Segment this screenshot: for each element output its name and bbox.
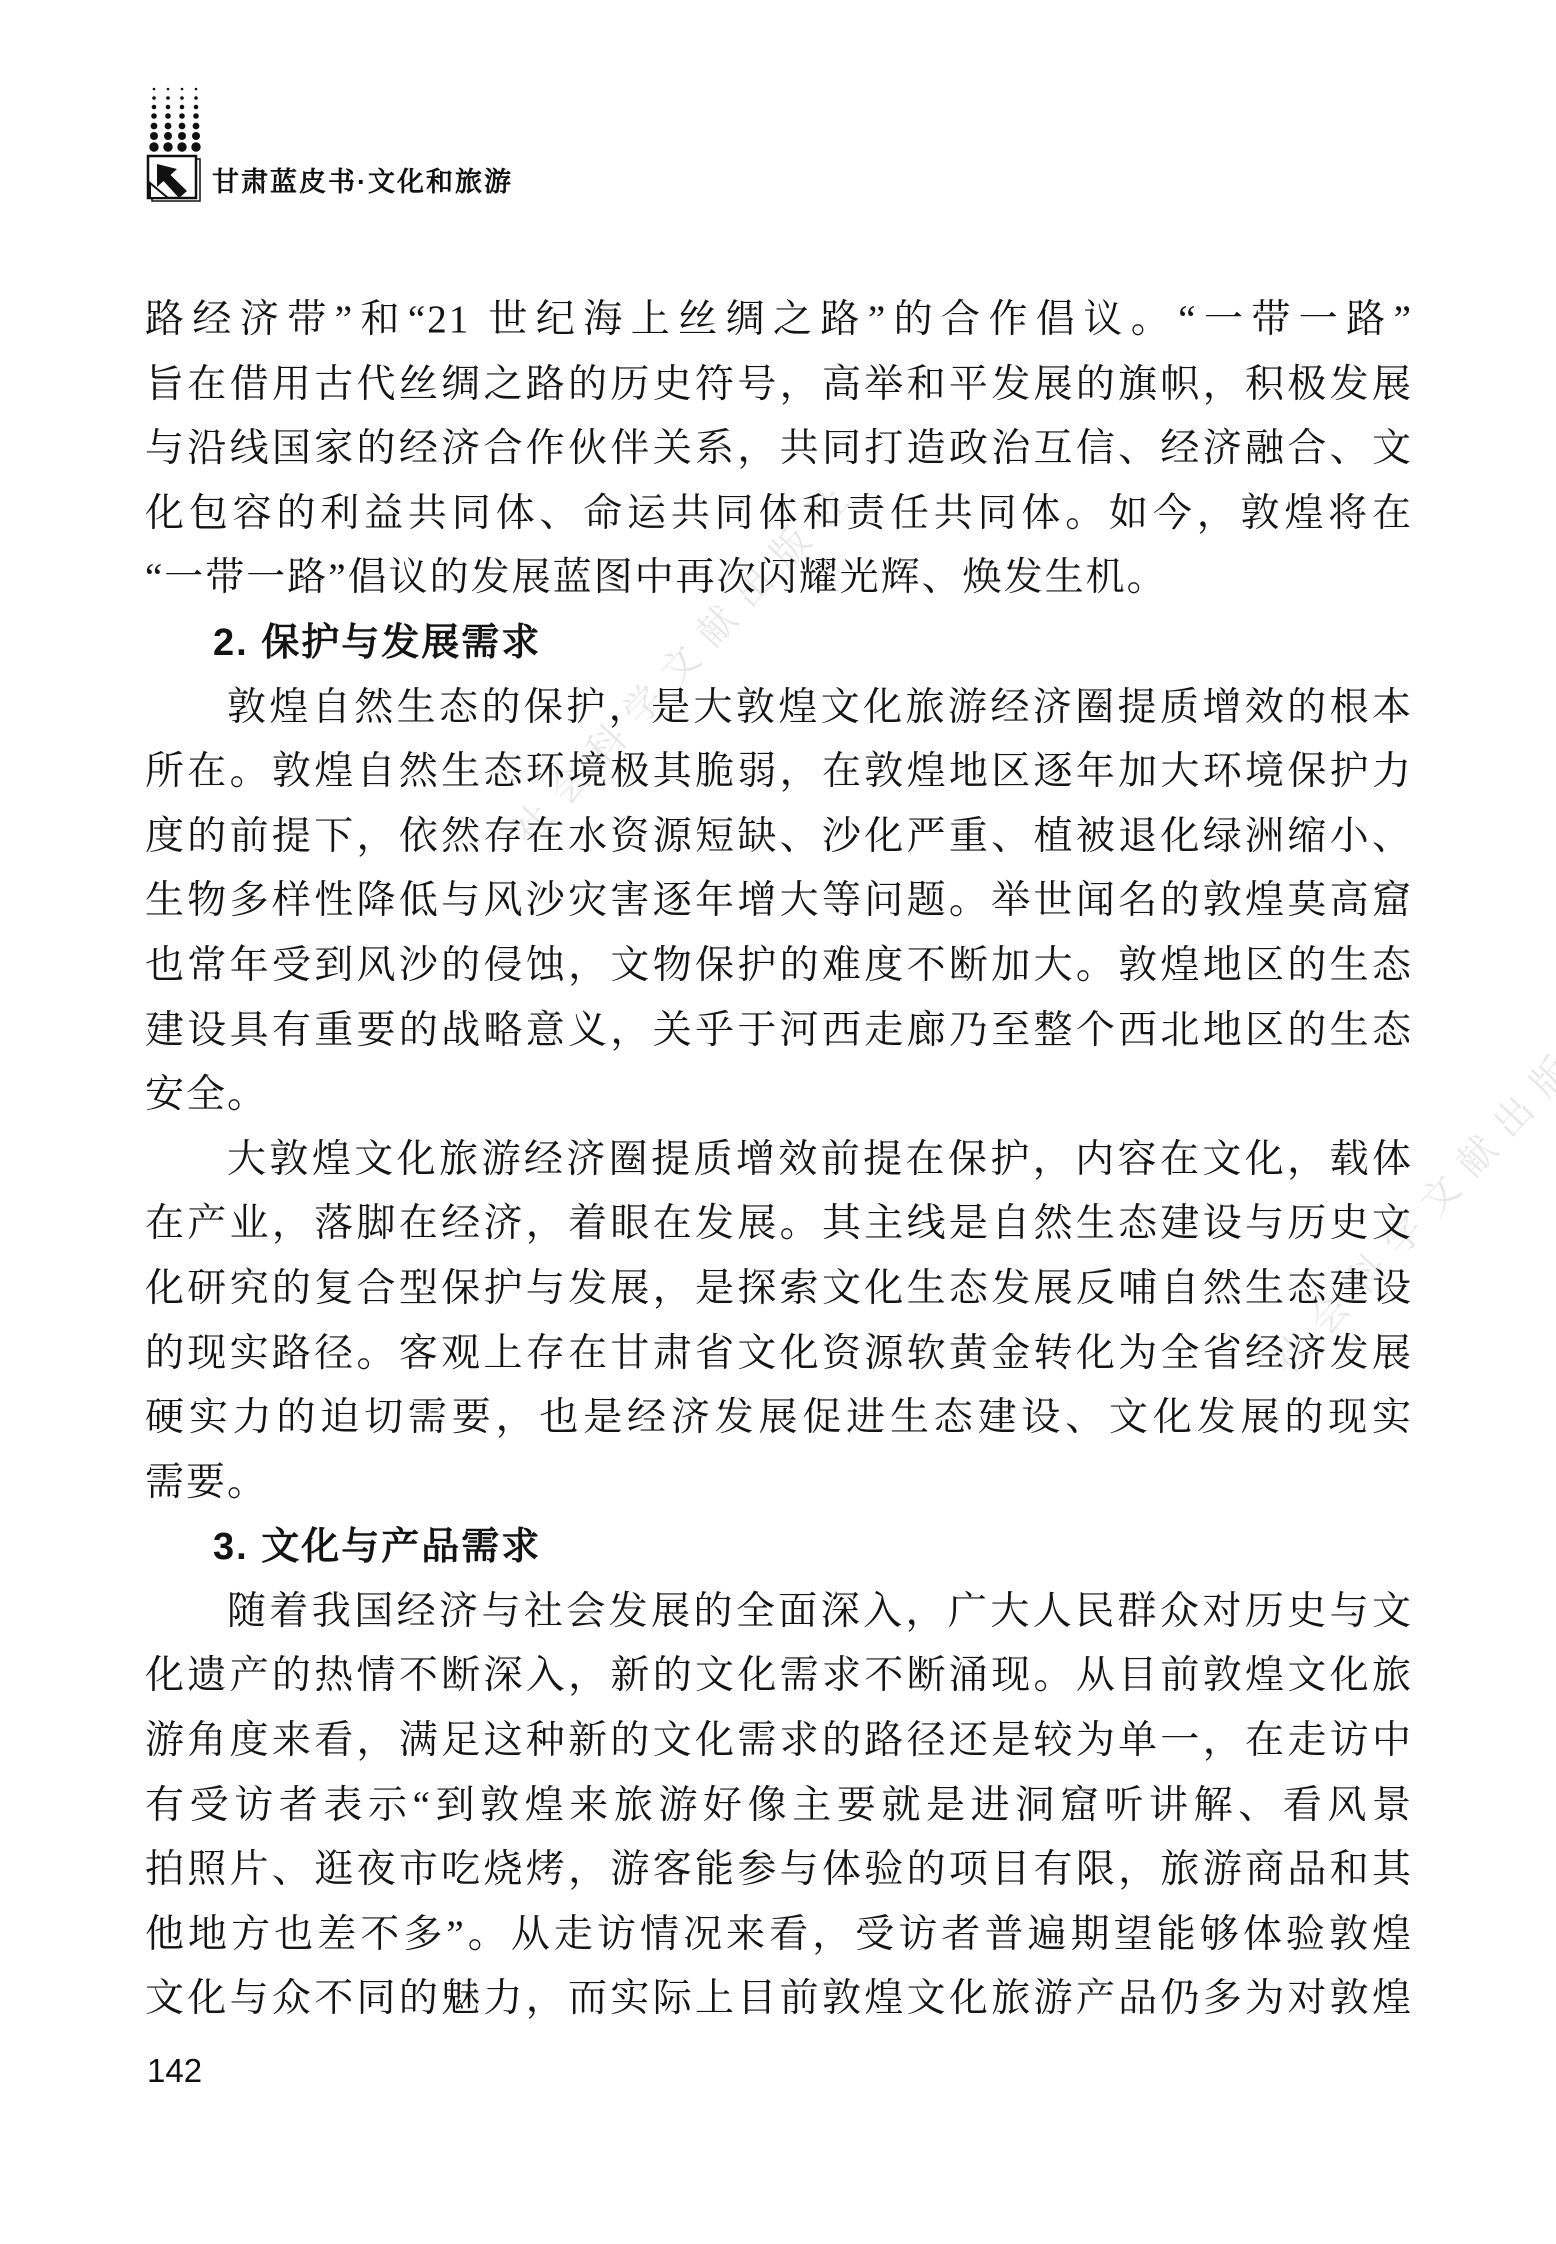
body-line: 化包容的利益共同体、命运共同体和责任共同体。如今，敦煌将在 bbox=[145, 482, 1413, 547]
page-body-text: 路经济带”和“21 世纪海上丝绸之路”的合作倡议。“一带一路” 旨在借用古代丝绸… bbox=[145, 288, 1413, 2032]
section-heading: 2. 保护与发展需求 bbox=[145, 611, 1413, 676]
publisher-logo-icon bbox=[146, 84, 204, 209]
section-heading: 3. 文化与产品需求 bbox=[145, 1515, 1413, 1580]
body-line: 文化与众不同的魅力，而实际上目前敦煌文化旅游产品仍多为对敦煌 bbox=[145, 1967, 1413, 2032]
body-line: 所在。敦煌自然生态环境极其脆弱，在敦煌地区逐年加大环境保护力 bbox=[145, 740, 1413, 805]
body-line: 有受访者表示“到敦煌来旅游好像主要就是进洞窟听讲解、看风景 bbox=[145, 1774, 1413, 1839]
body-line: 大敦煌文化旅游经济圈提质增效前提在保护，内容在文化，载体 bbox=[145, 1128, 1413, 1193]
book-page: 甘肃蓝皮书·文化和旅游 社会科学文献出版社 社会科学文献出版社 路经济带”和“2… bbox=[0, 0, 1556, 2244]
body-line: 度的前提下，依然存在水资源短缺、沙化严重、植被退化绿洲缩小、 bbox=[145, 805, 1413, 870]
body-line: 旨在借用古代丝绸之路的历史符号，高举和平发展的旗帜，积极发展 bbox=[145, 353, 1413, 418]
body-line: 拍照片、逛夜市吃烧烤，游客能参与体验的项目有限，旅游商品和其 bbox=[145, 1838, 1413, 1903]
body-line: 安全。 bbox=[145, 1063, 1413, 1128]
body-line: 游角度来看，满足这种新的文化需求的路径还是较为单一，在走访中 bbox=[145, 1709, 1413, 1774]
body-line: 敦煌自然生态的保护，是大敦煌文化旅游经济圈提质增效的根本 bbox=[145, 676, 1413, 741]
body-line: 随着我国经济与社会发展的全面深入，广大人民群众对历史与文 bbox=[145, 1580, 1413, 1645]
body-line: 硬实力的迫切需要，也是经济发展促进生态建设、文化发展的现实 bbox=[145, 1386, 1413, 1451]
body-line: 也常年受到风沙的侵蚀，文物保护的难度不断加大。敦煌地区的生态 bbox=[145, 934, 1413, 999]
body-line: 在产业，落脚在经济，着眼在发展。其主线是自然生态建设与历史文 bbox=[145, 1192, 1413, 1257]
body-line: 需要。 bbox=[145, 1451, 1413, 1516]
body-line: 化研究的复合型保护与发展，是探索文化生态发展反哺自然生态建设 bbox=[145, 1257, 1413, 1322]
body-line: “一带一路”倡议的发展蓝图中再次闪耀光辉、焕发生机。 bbox=[145, 546, 1413, 611]
body-line: 建设具有重要的战略意义，关乎于河西走廊乃至整个西北地区的生态 bbox=[145, 999, 1413, 1064]
page-number: 142 bbox=[147, 2052, 202, 2090]
body-line: 化遗产的热情不断深入，新的文化需求不断涌现。从目前敦煌文化旅 bbox=[145, 1644, 1413, 1709]
body-line: 与沿线国家的经济合作伙伴关系，共同打造政治互信、经济融合、文 bbox=[145, 417, 1413, 482]
body-line: 生物多样性降低与风沙灾害逐年增大等问题。举世闻名的敦煌莫高窟 bbox=[145, 869, 1413, 934]
body-line: 的现实路径。客观上存在甘肃省文化资源软黄金转化为全省经济发展 bbox=[145, 1322, 1413, 1387]
book-series-title: 甘肃蓝皮书·文化和旅游 bbox=[212, 160, 513, 199]
body-line: 他地方也差不多”。从走访情况来看，受访者普遍期望能够体验敦煌 bbox=[145, 1903, 1413, 1968]
body-line: 路经济带”和“21 世纪海上丝绸之路”的合作倡议。“一带一路” bbox=[145, 288, 1413, 353]
